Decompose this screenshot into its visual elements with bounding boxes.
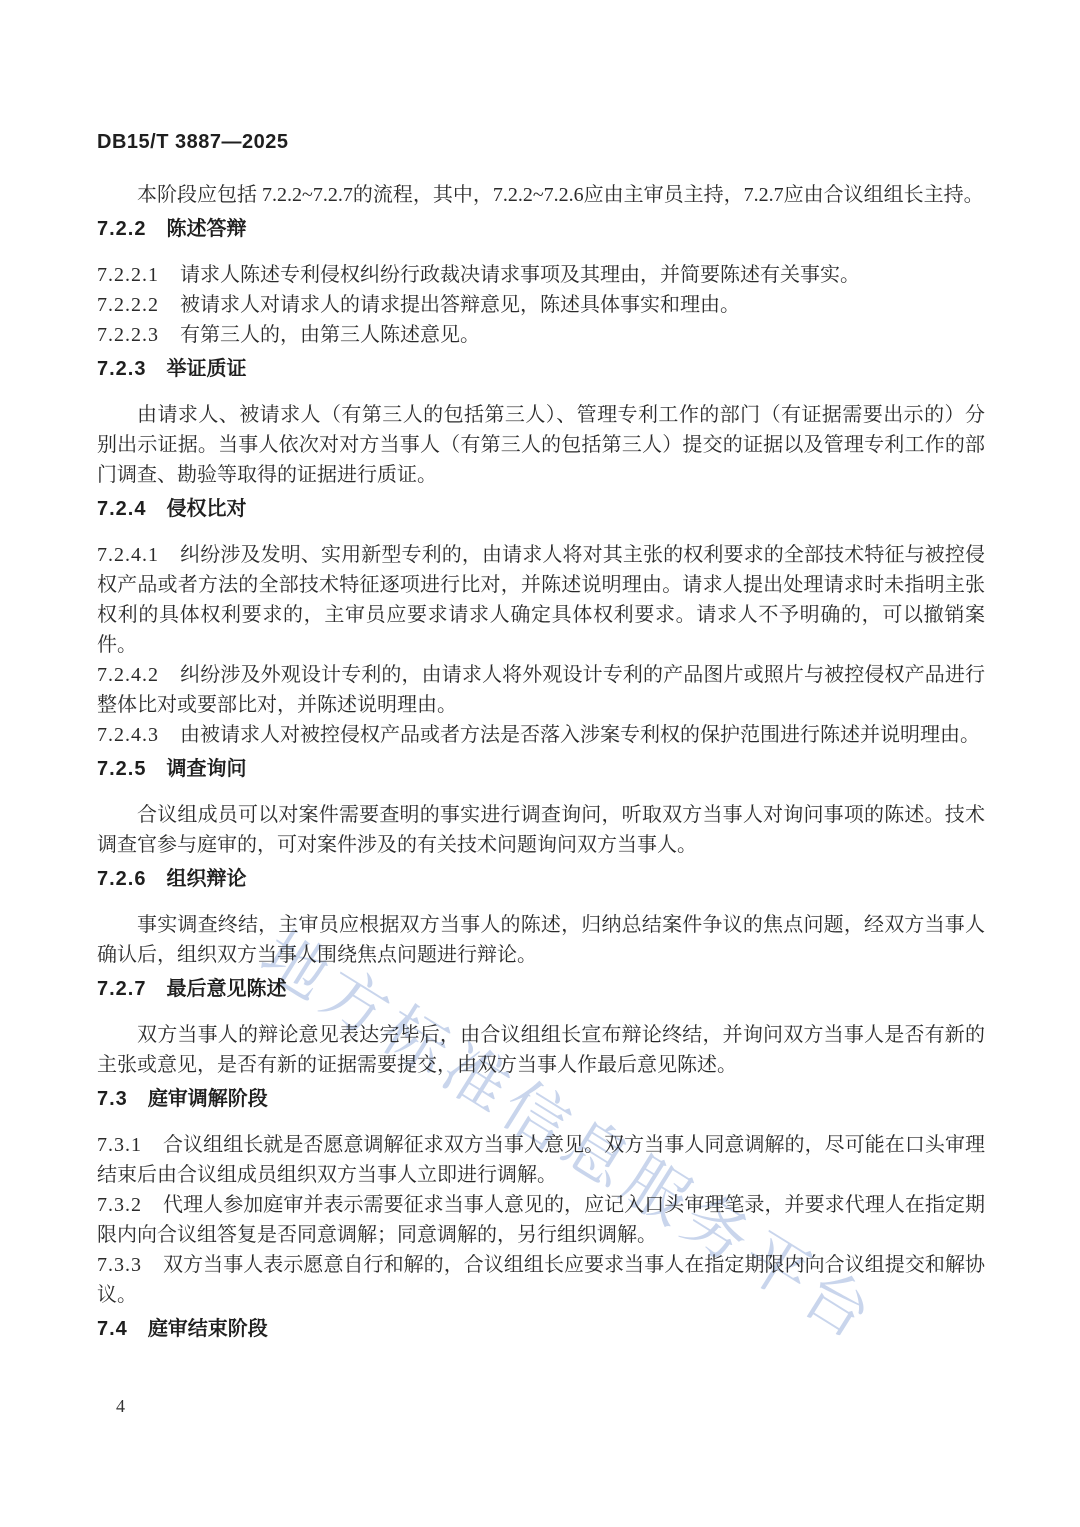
section-number: 7.2.4 (97, 498, 146, 520)
section-number: 7.4 (97, 1318, 128, 1340)
clause-7-2-4-1: 7.2.4.1纠纷涉及发明、实用新型专利的，由请求人将对其主张的权利要求的全部技… (97, 540, 985, 660)
clause-number: 7.3.1 (97, 1134, 142, 1156)
section-title: 调查询问 (166, 758, 246, 780)
standard-code: DB15/T 3887—2025 (97, 130, 985, 154)
section-title: 陈述答辩 (166, 218, 246, 240)
section-heading-7-2-3: 7.2.3举证质证 (97, 358, 985, 380)
clause-7-3-3: 7.3.3双方当事人表示愿意自行和解的，合议组组长应要求当事人在指定期限内向合议… (97, 1250, 985, 1310)
clause-7-3-2: 7.3.2代理人参加庭审并表示需要征求当事人意见的，应记入口头审理笔录，并要求代… (97, 1190, 985, 1250)
clause-text: 纠纷涉及发明、实用新型专利的，由请求人将对其主张的权利要求的全部技术特征与被控侵… (97, 544, 985, 656)
section-heading-7-2-4: 7.2.4侵权比对 (97, 498, 985, 520)
section-number: 7.2.7 (97, 978, 146, 1000)
page-content: DB15/T 3887—2025 本阶段应包括 7.2.2~7.2.7的流程，其… (97, 0, 985, 1360)
paragraph-7-2-3: 由请求人、被请求人（有第三人的包括第三人）、管理专利工作的部门（有证据需要出示的… (97, 400, 985, 490)
clause-number: 7.3.3 (97, 1254, 142, 1276)
clause-number: 7.2.4.2 (97, 664, 159, 686)
clause-7-2-2-3: 7.2.2.3有第三人的，由第三人陈述意见。 (97, 320, 985, 350)
section-title: 侵权比对 (166, 498, 246, 520)
clause-text: 代理人参加庭审并表示需要征求当事人意见的，应记入口头审理笔录，并要求代理人在指定… (97, 1194, 985, 1246)
document-page: 地方标准信息服务平台 DB15/T 3887—2025 本阶段应包括 7.2.2… (0, 0, 1080, 1527)
clause-7-2-4-2: 7.2.4.2纠纷涉及外观设计专利的，由请求人将外观设计专利的产品图片或照片与被… (97, 660, 985, 720)
paragraph-7-2-5: 合议组成员可以对案件需要查明的事实进行调查询问，听取双方当事人对询问事项的陈述。… (97, 800, 985, 860)
clause-number: 7.2.2.1 (97, 264, 159, 286)
section-number: 7.2.2 (97, 218, 146, 240)
clause-7-2-2-1: 7.2.2.1请求人陈述专利侵权纠纷行政裁决请求事项及其理由，并简要陈述有关事实… (97, 260, 985, 290)
clause-text: 双方当事人表示愿意自行和解的，合议组组长应要求当事人在指定期限内向合议组提交和解… (97, 1254, 985, 1306)
clause-text: 被请求人对请求人的请求提出答辩意见，陈述具体事实和理由。 (180, 294, 740, 316)
section-heading-7-2-6: 7.2.6组织辩论 (97, 868, 985, 890)
clause-7-2-4-3: 7.2.4.3由被请求人对被控侵权产品或者方法是否落入涉案专利权的保护范围进行陈… (97, 720, 985, 750)
clause-number: 7.2.4.3 (97, 724, 159, 746)
clause-text: 有第三人的，由第三人陈述意见。 (180, 324, 480, 346)
section-heading-7-2-7: 7.2.7最后意见陈述 (97, 978, 985, 1000)
section-heading-7-4: 7.4庭审结束阶段 (97, 1318, 985, 1340)
section-number: 7.3 (97, 1088, 128, 1110)
clause-text: 纠纷涉及外观设计专利的，由请求人将外观设计专利的产品图片或照片与被控侵权产品进行… (97, 664, 985, 716)
section-title: 最后意见陈述 (166, 978, 286, 1000)
section-title: 组织辩论 (166, 868, 246, 890)
clause-text: 请求人陈述专利侵权纠纷行政裁决请求事项及其理由，并简要陈述有关事实。 (180, 264, 860, 286)
clause-number: 7.3.2 (97, 1194, 142, 1216)
clause-number: 7.2.2.2 (97, 294, 159, 316)
clause-number: 7.2.2.3 (97, 324, 159, 346)
clause-7-3-1: 7.3.1合议组组长就是否愿意调解征求双方当事人意见。双方当事人同意调解的，尽可… (97, 1130, 985, 1190)
clause-number: 7.2.4.1 (97, 544, 159, 566)
section-title: 庭审调解阶段 (148, 1088, 268, 1110)
clause-text: 由被请求人对被控侵权产品或者方法是否落入涉案专利权的保护范围进行陈述并说明理由。 (180, 724, 980, 746)
paragraph-intro: 本阶段应包括 7.2.2~7.2.7的流程，其中，7.2.2~7.2.6应由主审… (97, 180, 985, 210)
section-number: 7.2.6 (97, 868, 146, 890)
page-number: 4 (116, 1395, 125, 1417)
clause-7-2-2-2: 7.2.2.2被请求人对请求人的请求提出答辩意见，陈述具体事实和理由。 (97, 290, 985, 320)
section-heading-7-2-5: 7.2.5调查询问 (97, 758, 985, 780)
section-heading-7-2-2: 7.2.2陈述答辩 (97, 218, 985, 240)
section-title: 庭审结束阶段 (148, 1318, 268, 1340)
paragraph-7-2-6: 事实调查终结，主审员应根据双方当事人的陈述，归纳总结案件争议的焦点问题，经双方当… (97, 910, 985, 970)
section-number: 7.2.3 (97, 358, 146, 380)
section-number: 7.2.5 (97, 758, 146, 780)
paragraph-7-2-7: 双方当事人的辩论意见表达完毕后，由合议组组长宣布辩论终结，并询问双方当事人是否有… (97, 1020, 985, 1080)
section-heading-7-3: 7.3庭审调解阶段 (97, 1088, 985, 1110)
clause-text: 合议组组长就是否愿意调解征求双方当事人意见。双方当事人同意调解的，尽可能在口头审… (97, 1134, 985, 1186)
section-title: 举证质证 (166, 358, 246, 380)
